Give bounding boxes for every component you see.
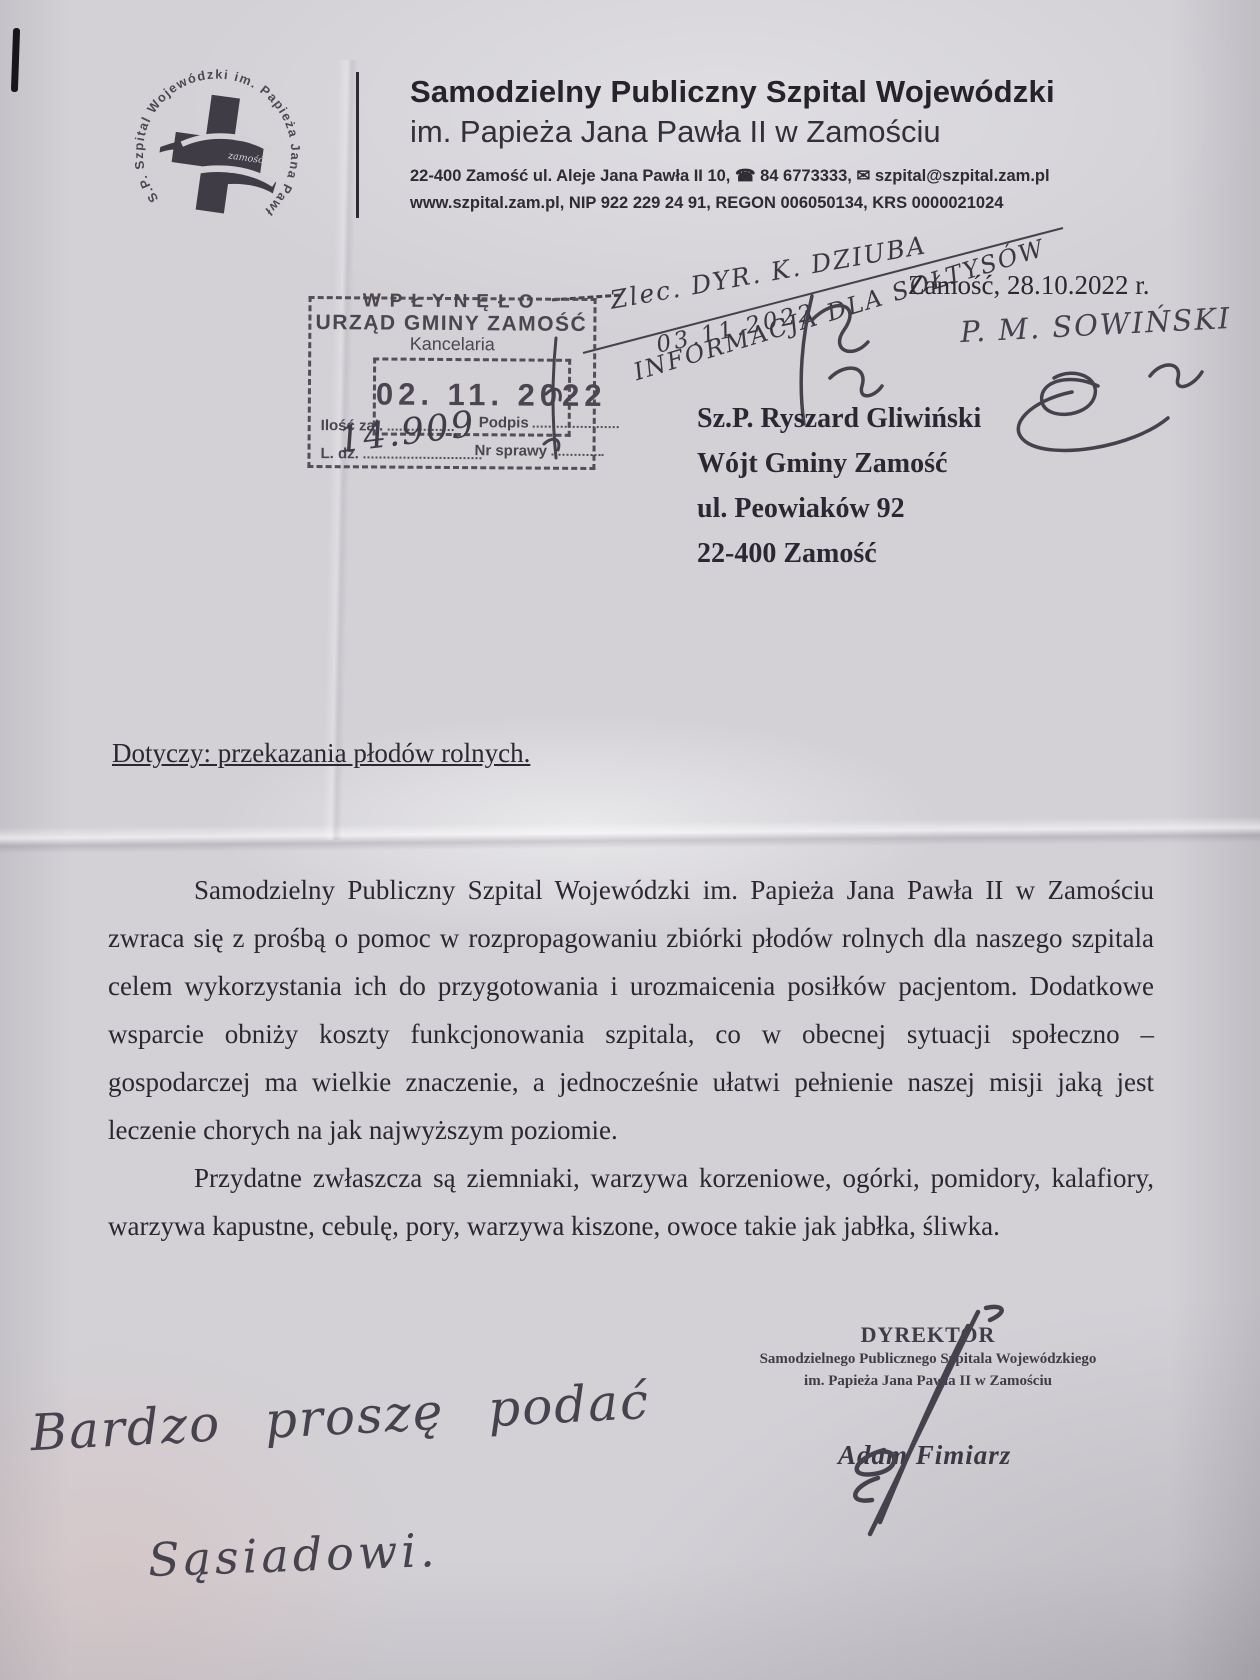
body-paragraph-1: Samodzielny Publiczny Szpital Wojewódzki… — [108, 866, 1154, 1154]
cross-with-waves-icon: zamość — [152, 89, 287, 220]
addressee-title: Wójt Gminy Zamość — [697, 441, 981, 486]
letterhead-contact-line2: www.szpital.zam.pl, NIP 922 229 24 91, R… — [410, 194, 1003, 213]
horizontal-fold-crease — [0, 817, 1260, 854]
handwritten-note-line2: Sąsiadowi. — [147, 1523, 439, 1587]
addressee-block: Sz.P. Ryszard Gliwiński Wójt Gminy Zamoś… — [697, 396, 981, 576]
body-paragraph-2: Przydatne zwłaszcza są ziemniaki, warzyw… — [108, 1154, 1154, 1250]
stamp-field-nr-sprawy: Nr sprawy — [474, 440, 603, 460]
addressee-street: ul. Peowiaków 92 — [697, 486, 981, 531]
subject-line: Dotyczy: przekazania płodów rolnych. — [112, 738, 530, 769]
letterhead-divider — [356, 72, 359, 218]
addressee-city: 22-400 Zamość — [697, 531, 981, 576]
stamp-podpis-label: Podpis — [479, 414, 529, 431]
addressee-name: Sz.P. Ryszard Gliwiński — [697, 396, 981, 441]
handwritten-note-line1: Bardzo proszę podać — [29, 1372, 651, 1462]
stamp-pen-ticks-icon — [540, 332, 570, 462]
handwritten-name-note: P. M. SOWIŃSKI — [959, 301, 1232, 349]
dateline: Zamość, 28.10.2022 r. — [908, 270, 1149, 301]
letter-body: Samodzielny Publiczny Szpital Wojewódzki… — [108, 866, 1154, 1250]
loop-signature-icon — [1002, 348, 1212, 458]
letterhead-contact-line1: 22-400 Zamość ul. Aleje Jana Pawła II 10… — [410, 166, 1050, 186]
letterhead-org-name-line2: im. Papieża Jana Pawła II w Zamościu — [410, 114, 941, 150]
scanned-letter-page: S.P. Szpital Wojewódzki im. Papieża Jana… — [0, 0, 1260, 1680]
pen-mark-top-left — [11, 28, 20, 92]
letterhead-org-name-line1: Samodzielny Publiczny Szpital Wojewódzki — [410, 74, 1055, 110]
director-signature-icon — [818, 1302, 1018, 1542]
hospital-seal-logo: S.P. Szpital Wojewódzki im. Papieża Jana… — [122, 58, 312, 248]
seal-logo-icon: S.P. Szpital Wojewódzki im. Papieża Jana… — [122, 58, 312, 248]
stamp-nr-sprawy-label: Nr sprawy — [474, 442, 547, 460]
